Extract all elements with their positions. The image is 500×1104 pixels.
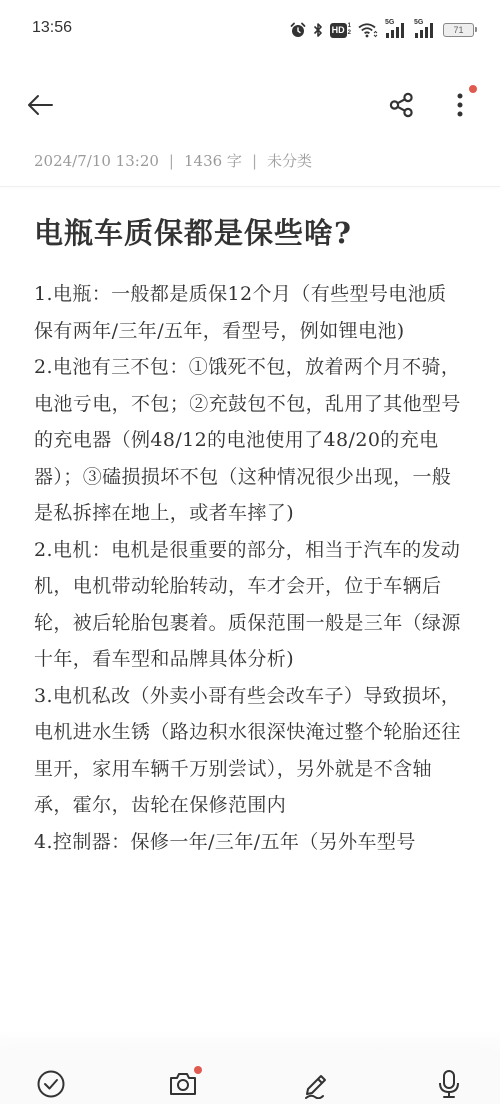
camera-button[interactable] (167, 1068, 199, 1100)
signal-5g-icon: 5G (385, 21, 407, 39)
note-paragraph[interactable]: 1.电瓶：一般都是质保12个月（有些型号电池质保有两年/三年/五年，看型号，例如… (34, 276, 464, 349)
bluetooth-icon (313, 22, 323, 38)
meta-separator: | (252, 152, 257, 170)
camera-badge (194, 1066, 202, 1074)
note-category[interactable]: 未分类 (267, 150, 312, 171)
status-icons: HD 12 5G 5G 71 (290, 20, 474, 40)
note-paragraph[interactable]: 2.电机：电机是很重要的部分，相当于汽车的发动机，电机带动轮胎转动，车才会开，位… (34, 532, 464, 678)
note-editor[interactable]: 电瓶车质保都是保些啥? 1.电瓶：一般都是质保12个月（有些型号电池质保有两年/… (34, 200, 464, 860)
status-bar: 13:56 HD 12 5G 5G 71 (0, 0, 500, 60)
status-time: 13:56 (32, 19, 72, 37)
note-datetime: 2024/7/10 13:20 (34, 152, 159, 170)
bottom-toolbar (0, 1052, 500, 1104)
battery-icon: 71 (443, 23, 474, 37)
meta-separator: | (169, 152, 174, 170)
note-paragraph[interactable]: 2.电池有三不包：①饿死不包，放着两个月不骑，电池亏电，不包；②充鼓包不包，乱用… (34, 349, 464, 532)
back-button[interactable] (22, 87, 58, 123)
note-word-count: 1436 字 (184, 150, 242, 171)
camera-icon (168, 1069, 198, 1099)
pen-icon (301, 1069, 331, 1099)
share-icon (388, 91, 416, 119)
share-button[interactable] (384, 87, 420, 123)
notification-dot (469, 85, 477, 93)
signal-5g-icon: 5G (414, 21, 436, 39)
more-vertical-icon (456, 92, 464, 118)
check-circle-icon (36, 1069, 66, 1099)
microphone-icon (434, 1069, 464, 1099)
note-paragraph[interactable]: 3.电机私改（外卖小哥有些会改车子）导致损坏，电机进水生锈（路边积水很深快淹过整… (34, 678, 464, 824)
checklist-button[interactable] (35, 1068, 67, 1100)
hd-voice-icon: HD 12 (330, 23, 351, 38)
more-options-button[interactable] (442, 87, 478, 123)
wifi-icon (358, 22, 378, 38)
note-paragraph[interactable]: 4.控制器：保修一年/三年/五年（另外车型号 (34, 824, 464, 861)
alarm-icon (290, 22, 306, 38)
voice-input-button[interactable] (433, 1068, 465, 1100)
handwriting-button[interactable] (300, 1068, 332, 1100)
divider (0, 186, 500, 187)
arrow-left-icon (26, 94, 54, 116)
note-title[interactable]: 电瓶车质保都是保些啥? (34, 200, 464, 266)
note-meta: 2024/7/10 13:20 | 1436 字 | 未分类 (34, 150, 312, 171)
app-bar (0, 75, 500, 135)
